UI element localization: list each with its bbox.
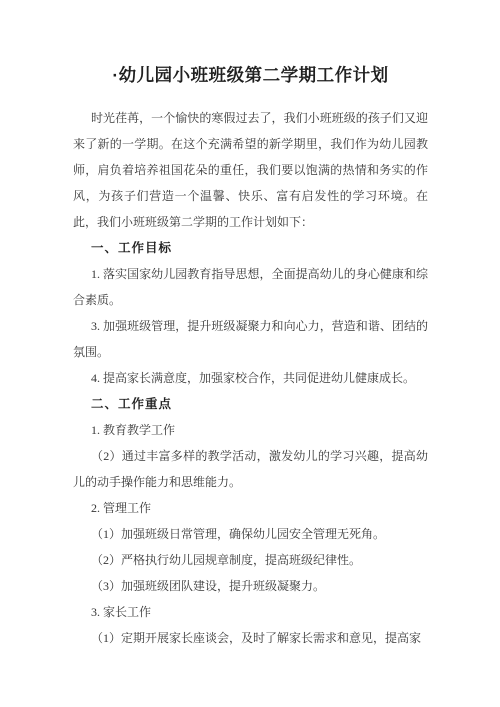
section-heading: 二、工作重点 bbox=[73, 391, 428, 417]
paragraph: 3. 加强班级管理，提升班级凝聚力和向心力，营造和谐、团结的氛围。 bbox=[73, 313, 428, 365]
paragraph: 4. 提高家长满意度，加强家校合作，共同促进幼儿健康成长。 bbox=[73, 365, 428, 391]
paragraph: 3. 家长工作 bbox=[73, 599, 428, 625]
paragraph: （3）加强班级团队建设，提升班级凝聚力。 bbox=[73, 573, 428, 599]
paragraph: （1）加强班级日常管理，确保幼儿园安全管理无死角。 bbox=[73, 521, 428, 547]
document-title: ·幼儿园小班班级第二学期工作计划 bbox=[73, 62, 428, 88]
document-page: ·幼儿园小班班级第二学期工作计划 时光荏苒，一个愉快的寒假过去了，我们小班班级的… bbox=[0, 0, 500, 707]
paragraphs-container: 时光荏苒，一个愉快的寒假过去了，我们小班班级的孩子们又迎来了新的一学期。在这个充… bbox=[73, 105, 428, 651]
paragraph: （2）通过丰富多样的教学活动，激发幼儿的学习兴趣，提高幼儿的动手操作能力和思维能… bbox=[73, 443, 428, 495]
paragraph: （1）定期开展家长座谈会，及时了解家长需求和意见，提高家 bbox=[73, 625, 428, 651]
section-heading: 一、工作目标 bbox=[73, 235, 428, 261]
paragraph: （2）严格执行幼儿园规章制度，提高班级纪律性。 bbox=[73, 547, 428, 573]
paragraph: 1. 教育教学工作 bbox=[73, 417, 428, 443]
paragraph: 1. 落实国家幼儿园教育指导思想，全面提高幼儿的身心健康和综合素质。 bbox=[73, 261, 428, 313]
document-content: ·幼儿园小班班级第二学期工作计划 时光荏苒，一个愉快的寒假过去了，我们小班班级的… bbox=[0, 0, 500, 651]
paragraph: 2. 管理工作 bbox=[73, 495, 428, 521]
paragraph: 时光荏苒，一个愉快的寒假过去了，我们小班班级的孩子们又迎来了新的一学期。在这个充… bbox=[73, 105, 428, 235]
